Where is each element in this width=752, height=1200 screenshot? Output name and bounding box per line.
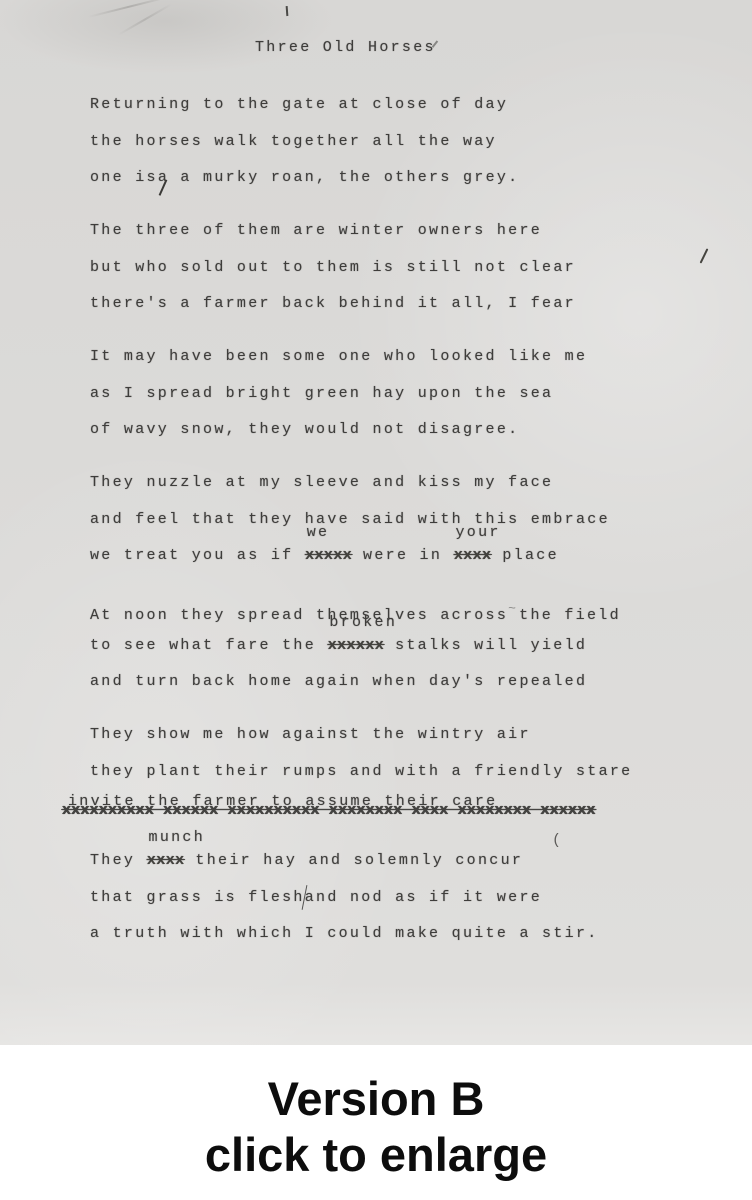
caption-click-hint: click to enlarge bbox=[0, 1127, 752, 1183]
correction-word: we bbox=[307, 526, 330, 540]
stanza-3: It may have been some one who looked lik… bbox=[90, 339, 752, 449]
poem-title: Three Old Horses bbox=[255, 38, 752, 58]
correction-word: munch bbox=[149, 831, 206, 845]
poem: Three Old Horses Returning to the gate a… bbox=[0, 0, 752, 953]
correction-word: broken bbox=[329, 616, 397, 630]
stanza-2: The three of them are winter owners here… bbox=[90, 213, 752, 323]
line-text: place bbox=[491, 547, 559, 564]
poem-line: and turn back home again when day's repe… bbox=[90, 664, 752, 701]
crossed-out-word: xxxx bbox=[147, 852, 185, 869]
poem-line: It may have been some one who looked lik… bbox=[90, 339, 752, 376]
line-text: They bbox=[90, 852, 147, 869]
poem-line: but who sold out to them is still not cl… bbox=[90, 250, 752, 287]
poem-line: and feel that they have said with this e… bbox=[90, 502, 752, 539]
typed-correction: xxxxxwe bbox=[305, 538, 352, 575]
typed-correction: xxxxyour bbox=[453, 538, 491, 575]
caption[interactable]: Version B click to enlarge bbox=[0, 1045, 752, 1200]
line-text: that grass is flesh bbox=[90, 889, 305, 906]
line-text: their hay and solemnly concur bbox=[184, 852, 523, 869]
poem-line: as I spread bright green hay upon the se… bbox=[90, 376, 752, 413]
poem-line: They show me how against the wintry air bbox=[90, 717, 752, 754]
typewritten-page-scan[interactable]: ( Three Old Horses Returning to the gate… bbox=[0, 0, 752, 1045]
stanza-4: They nuzzle at my sleeve and kiss my fac… bbox=[90, 465, 752, 575]
stanza-7: They xxxxmunch their hay and solemnly co… bbox=[90, 843, 752, 953]
poem-line: They nuzzle at my sleeve and kiss my fac… bbox=[90, 465, 752, 502]
poem-line: to see what fare the xxxxxxbroken stalks… bbox=[90, 628, 752, 665]
poem-line: The three of them are winter owners here bbox=[90, 213, 752, 250]
stanza-5: At noon they spread themselves across~th… bbox=[90, 591, 752, 701]
line-text: At noon they spread themselves across bbox=[90, 607, 508, 624]
stanza-6: They show me how against the wintry air … bbox=[90, 717, 752, 827]
caption-version-label: Version B bbox=[0, 1071, 752, 1127]
stanza-1: Returning to the gate at close of day th… bbox=[90, 87, 752, 197]
crossed-out-word: xxxxx bbox=[305, 547, 352, 564]
poem-line: of wavy snow, they would not disagree. bbox=[90, 412, 752, 449]
line-text: we treat you as if bbox=[90, 547, 305, 564]
slashed-out-letter: a bbox=[158, 169, 169, 186]
line-text: a murky roan, the others grey. bbox=[169, 169, 519, 186]
line-text: one is bbox=[90, 169, 158, 186]
correction-word: your bbox=[455, 526, 500, 540]
poem-line: that grass is fleshand nod as if it were bbox=[90, 880, 752, 917]
poem-line: the horses walk together all the way bbox=[90, 124, 752, 161]
typed-correction: xxxxmunch bbox=[147, 843, 185, 880]
poem-line: we treat you as if xxxxxwe were in xxxxy… bbox=[90, 538, 752, 575]
poem-line: a truth with which I could make quite a … bbox=[90, 916, 752, 953]
crossed-out-line: xxxxxxxxxx xxxxxx xxxxxxxxxx xxxxxxxx xx… bbox=[62, 803, 596, 819]
line-text: stalks will yield bbox=[384, 637, 587, 654]
crossed-out-word: xxxxxx bbox=[327, 637, 383, 654]
line-text: the field bbox=[519, 607, 621, 624]
crossed-out-word: xxxx bbox=[453, 547, 491, 564]
typed-correction: xxxxxxbroken bbox=[327, 628, 383, 665]
poem-line: Returning to the gate at close of day bbox=[90, 87, 752, 124]
poem-line: invite the farmer to assume their carexx… bbox=[90, 790, 752, 827]
poem-line: there's a farmer back behind it all, I f… bbox=[90, 286, 752, 323]
stray-ink-mark: ~ bbox=[508, 591, 519, 628]
line-text: were in bbox=[352, 547, 454, 564]
poem-line: one isa a murky roan, the others grey. bbox=[90, 160, 752, 197]
poem-line: At noon they spread themselves across~th… bbox=[90, 591, 752, 628]
poem-line: They xxxxmunch their hay and solemnly co… bbox=[90, 843, 752, 880]
line-text: to see what fare the bbox=[90, 637, 327, 654]
line-text: and nod as if it were bbox=[305, 889, 542, 906]
